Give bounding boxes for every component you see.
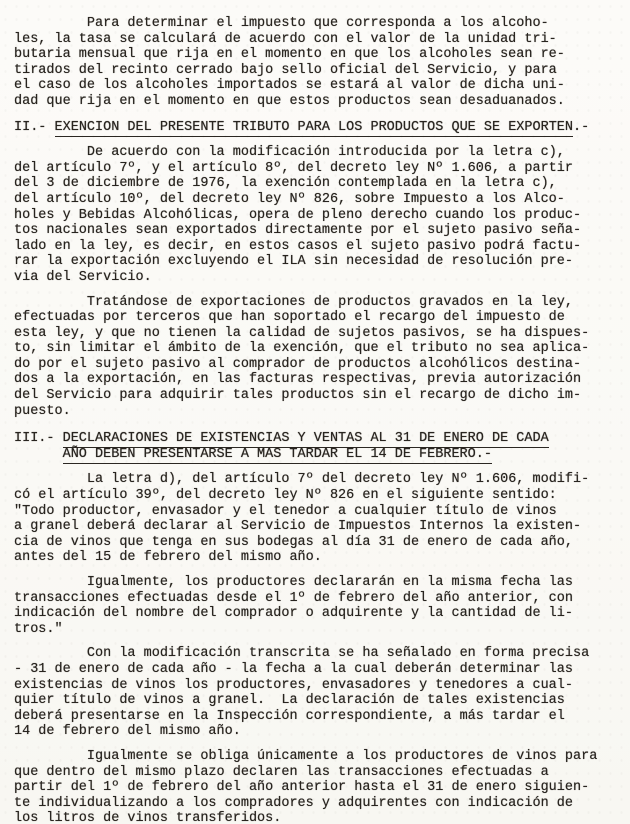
section-ii-suffix: .- — [573, 120, 589, 135]
document-page: Para determinar el impuesto que correspo… — [0, 0, 630, 824]
paragraph-exencion-2: Tratándose de exportaciones de productos… — [14, 295, 614, 420]
paragraph-exencion-1: De acuerdo con la modificación introduci… — [14, 145, 614, 285]
paragraph-declaraciones-4: Igualmente se obliga únicamente a los pr… — [14, 749, 614, 824]
paragraph-declaraciones-3: Con la modificación transcrita se ha señ… — [14, 646, 614, 740]
section-ii-number: II.- — [14, 120, 55, 135]
section-iii-title-line1: DECLARACIONES DE EXISTENCIAS Y VENTAS AL… — [63, 431, 549, 448]
paragraph-declaraciones-2: Igualmente, los productores declararán e… — [14, 575, 614, 637]
section-iii-heading: III.- DECLARACIONES DE EXISTENCIAS Y VEN… — [14, 431, 614, 462]
paragraph-declaraciones-1: La letra d), del artículo 7º del decreto… — [14, 472, 614, 566]
section-ii-heading: II.- EXENCION DEL PRESENTE TRIBUTO PARA … — [14, 120, 614, 136]
paragraph-intro: Para determinar el impuesto que correspo… — [14, 16, 614, 110]
section-iii-number: III.- — [14, 431, 63, 446]
section-ii-title: EXENCION DEL PRESENTE TRIBUTO PARA LOS P… — [55, 120, 573, 137]
section-iii-title-line2: AÑO DEBEN PRESENTARSE A MAS TARDAR EL 14… — [63, 447, 492, 464]
